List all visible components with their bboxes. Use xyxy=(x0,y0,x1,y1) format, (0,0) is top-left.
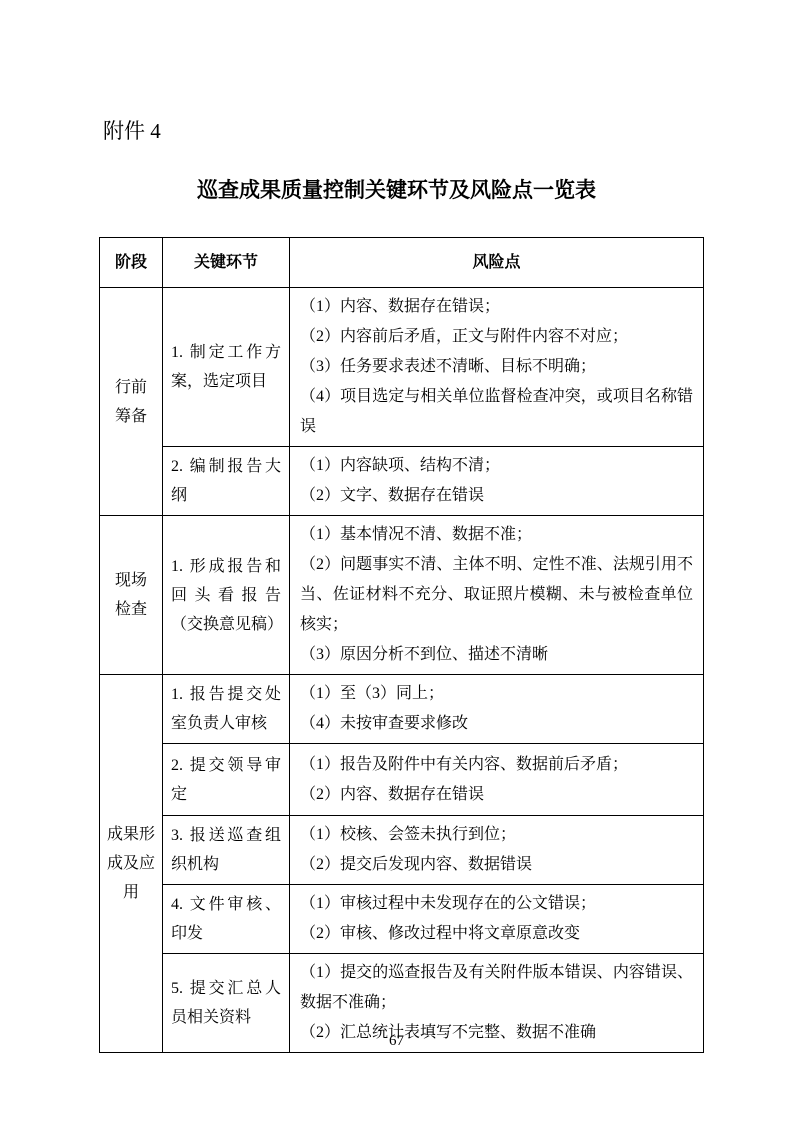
table-row: 成果形 成及应 用 1. 报告提交处室负责人审核 （1）至（3）同上； （4）未… xyxy=(100,675,704,744)
table-row: 3. 报送巡查组织机构 （1）校核、会签未执行到位； （2）提交后发现内容、数据… xyxy=(100,816,704,885)
risk-cell: （1）内容、数据存在错误； （2）内容前后矛盾，正文与附件内容不对应； （3）任… xyxy=(290,288,704,447)
risk-cell: （1）报告及附件中有关内容、数据前后矛盾； （2）内容、数据存在错误 xyxy=(290,744,704,816)
attachment-label: 附件 4 xyxy=(103,118,161,144)
table-row: 现场 检查 1. 形成报告和回头看报告（交换意见稿） （1）基本情况不清、数据不… xyxy=(100,516,704,675)
key-link-cell: 3. 报送巡查组织机构 xyxy=(163,816,290,885)
table-row: 2. 提交领导审定 （1）报告及附件中有关内容、数据前后矛盾； （2）内容、数据… xyxy=(100,744,704,816)
stage-cell-onsite-check: 现场 检查 xyxy=(100,516,163,675)
key-link-cell: 2. 提交领导审定 xyxy=(163,744,290,816)
table-header-row: 阶段 关键环节 风险点 xyxy=(100,238,704,288)
table-row: 2. 编制报告大纲 （1）内容缺项、结构不清； （2）文字、数据存在错误 xyxy=(100,447,704,516)
stage-cell-pre-trip: 行前 筹备 xyxy=(100,288,163,516)
document-page: 附件 4 巡查成果质量控制关键环节及风险点一览表 阶段 关键环节 风险点 行前 … xyxy=(0,0,793,1122)
page-number: 67 xyxy=(0,1033,793,1050)
document-title: 巡查成果质量控制关键环节及风险点一览表 xyxy=(0,177,793,203)
risk-cell: （1）校核、会签未执行到位； （2）提交后发现内容、数据错误 xyxy=(290,816,704,885)
table-row: 行前 筹备 1. 制定工作方案，选定项目 （1）内容、数据存在错误； （2）内容… xyxy=(100,288,704,447)
key-link-cell: 4. 文件审核、印发 xyxy=(163,885,290,954)
key-link-cell: 1. 制定工作方案，选定项目 xyxy=(163,288,290,447)
key-link-cell: 1. 形成报告和回头看报告（交换意见稿） xyxy=(163,516,290,675)
risk-cell: （1）基本情况不清、数据不准； （2）问题事实不清、主体不明、定性不准、法规引用… xyxy=(290,516,704,675)
key-link-cell: 1. 报告提交处室负责人审核 xyxy=(163,675,290,744)
risk-cell: （1）审核过程中未发现存在的公文错误； （2）审核、修改过程中将文章原意改变 xyxy=(290,885,704,954)
stage-cell-results-application: 成果形 成及应 用 xyxy=(100,675,163,1053)
table-row: 4. 文件审核、印发 （1）审核过程中未发现存在的公文错误； （2）审核、修改过… xyxy=(100,885,704,954)
header-risk-point: 风险点 xyxy=(290,238,704,288)
risk-cell: （1）至（3）同上； （4）未按审查要求修改 xyxy=(290,675,704,744)
header-key-link: 关键环节 xyxy=(163,238,290,288)
risk-table: 阶段 关键环节 风险点 行前 筹备 1. 制定工作方案，选定项目 （1）内容、数… xyxy=(99,237,704,1053)
header-stage: 阶段 xyxy=(100,238,163,288)
key-link-cell: 2. 编制报告大纲 xyxy=(163,447,290,516)
risk-cell: （1）内容缺项、结构不清； （2）文字、数据存在错误 xyxy=(290,447,704,516)
